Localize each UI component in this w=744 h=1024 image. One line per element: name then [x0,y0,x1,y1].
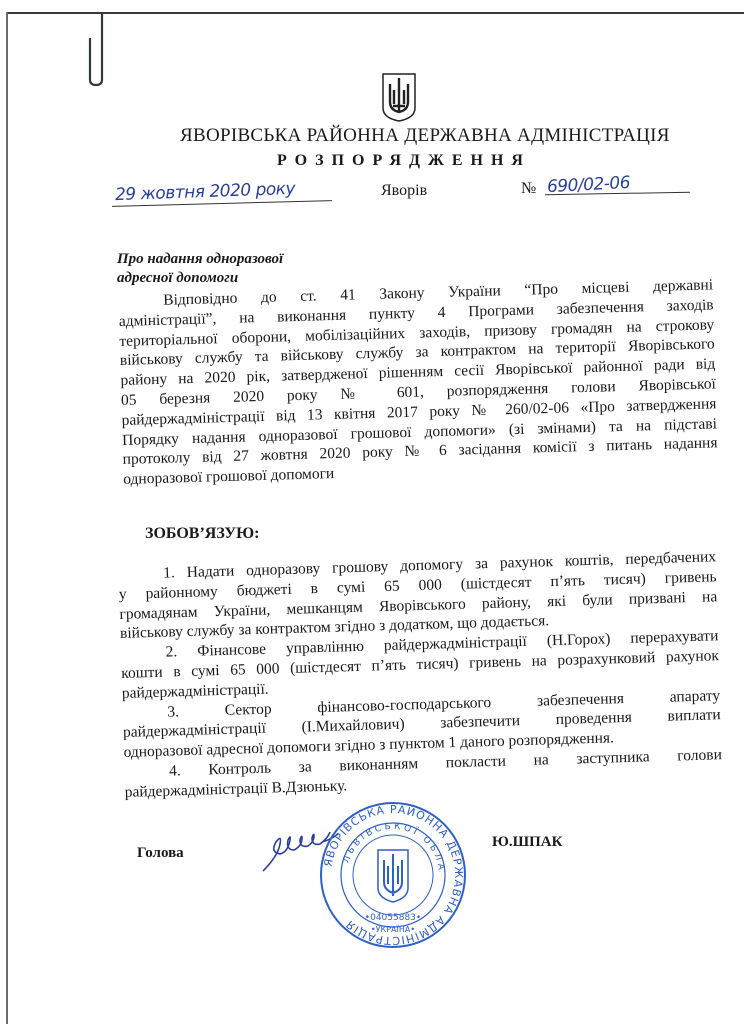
svg-text:•04055883•: •04055883• [365,913,421,923]
page-edge-top [6,12,744,14]
coat-of-arms-icon [381,72,417,122]
subject-line-2: адресної допомоги [117,269,283,288]
subject-line-1: Про надання одноразової [117,250,283,269]
organization-name: ЯВОРІВСЬКА РАЙОННА ДЕРЖАВНА АДМІНІСТРАЦІ… [180,125,670,147]
preamble: Відповідно до ст. 41 Закону України “Про… [118,275,718,490]
paperclip-icon [84,10,110,86]
page-edge-left [6,12,8,1024]
number-sign: № [521,180,536,198]
document-type: РОЗПОРЯДЖЕННЯ [277,152,531,170]
directive-heading: ЗОБОВ’ЯЗУЮ: [145,525,260,543]
directive-items: 1. Надати одноразову грошову допомогу за… [118,547,723,802]
svg-text:•УКРАЇНА•: •УКРАЇНА• [371,924,415,934]
signatory-title: Голова [137,845,184,862]
directive-items-paragraph: 1. Надати одноразову грошову допомогу за… [118,547,723,802]
signatory-name: Ю.ШПАК [492,834,563,851]
preamble-paragraph: Відповідно до ст. 41 Закону України “Про… [118,275,718,490]
city-name: Яворів [381,182,427,200]
subject-heading: Про надання одноразової адресної допомог… [117,250,283,288]
official-stamp-icon: ЯВОРІВСЬКА РАЙОННА ДЕРЖАВНА АДМІНІСТРАЦІ… [318,800,468,950]
